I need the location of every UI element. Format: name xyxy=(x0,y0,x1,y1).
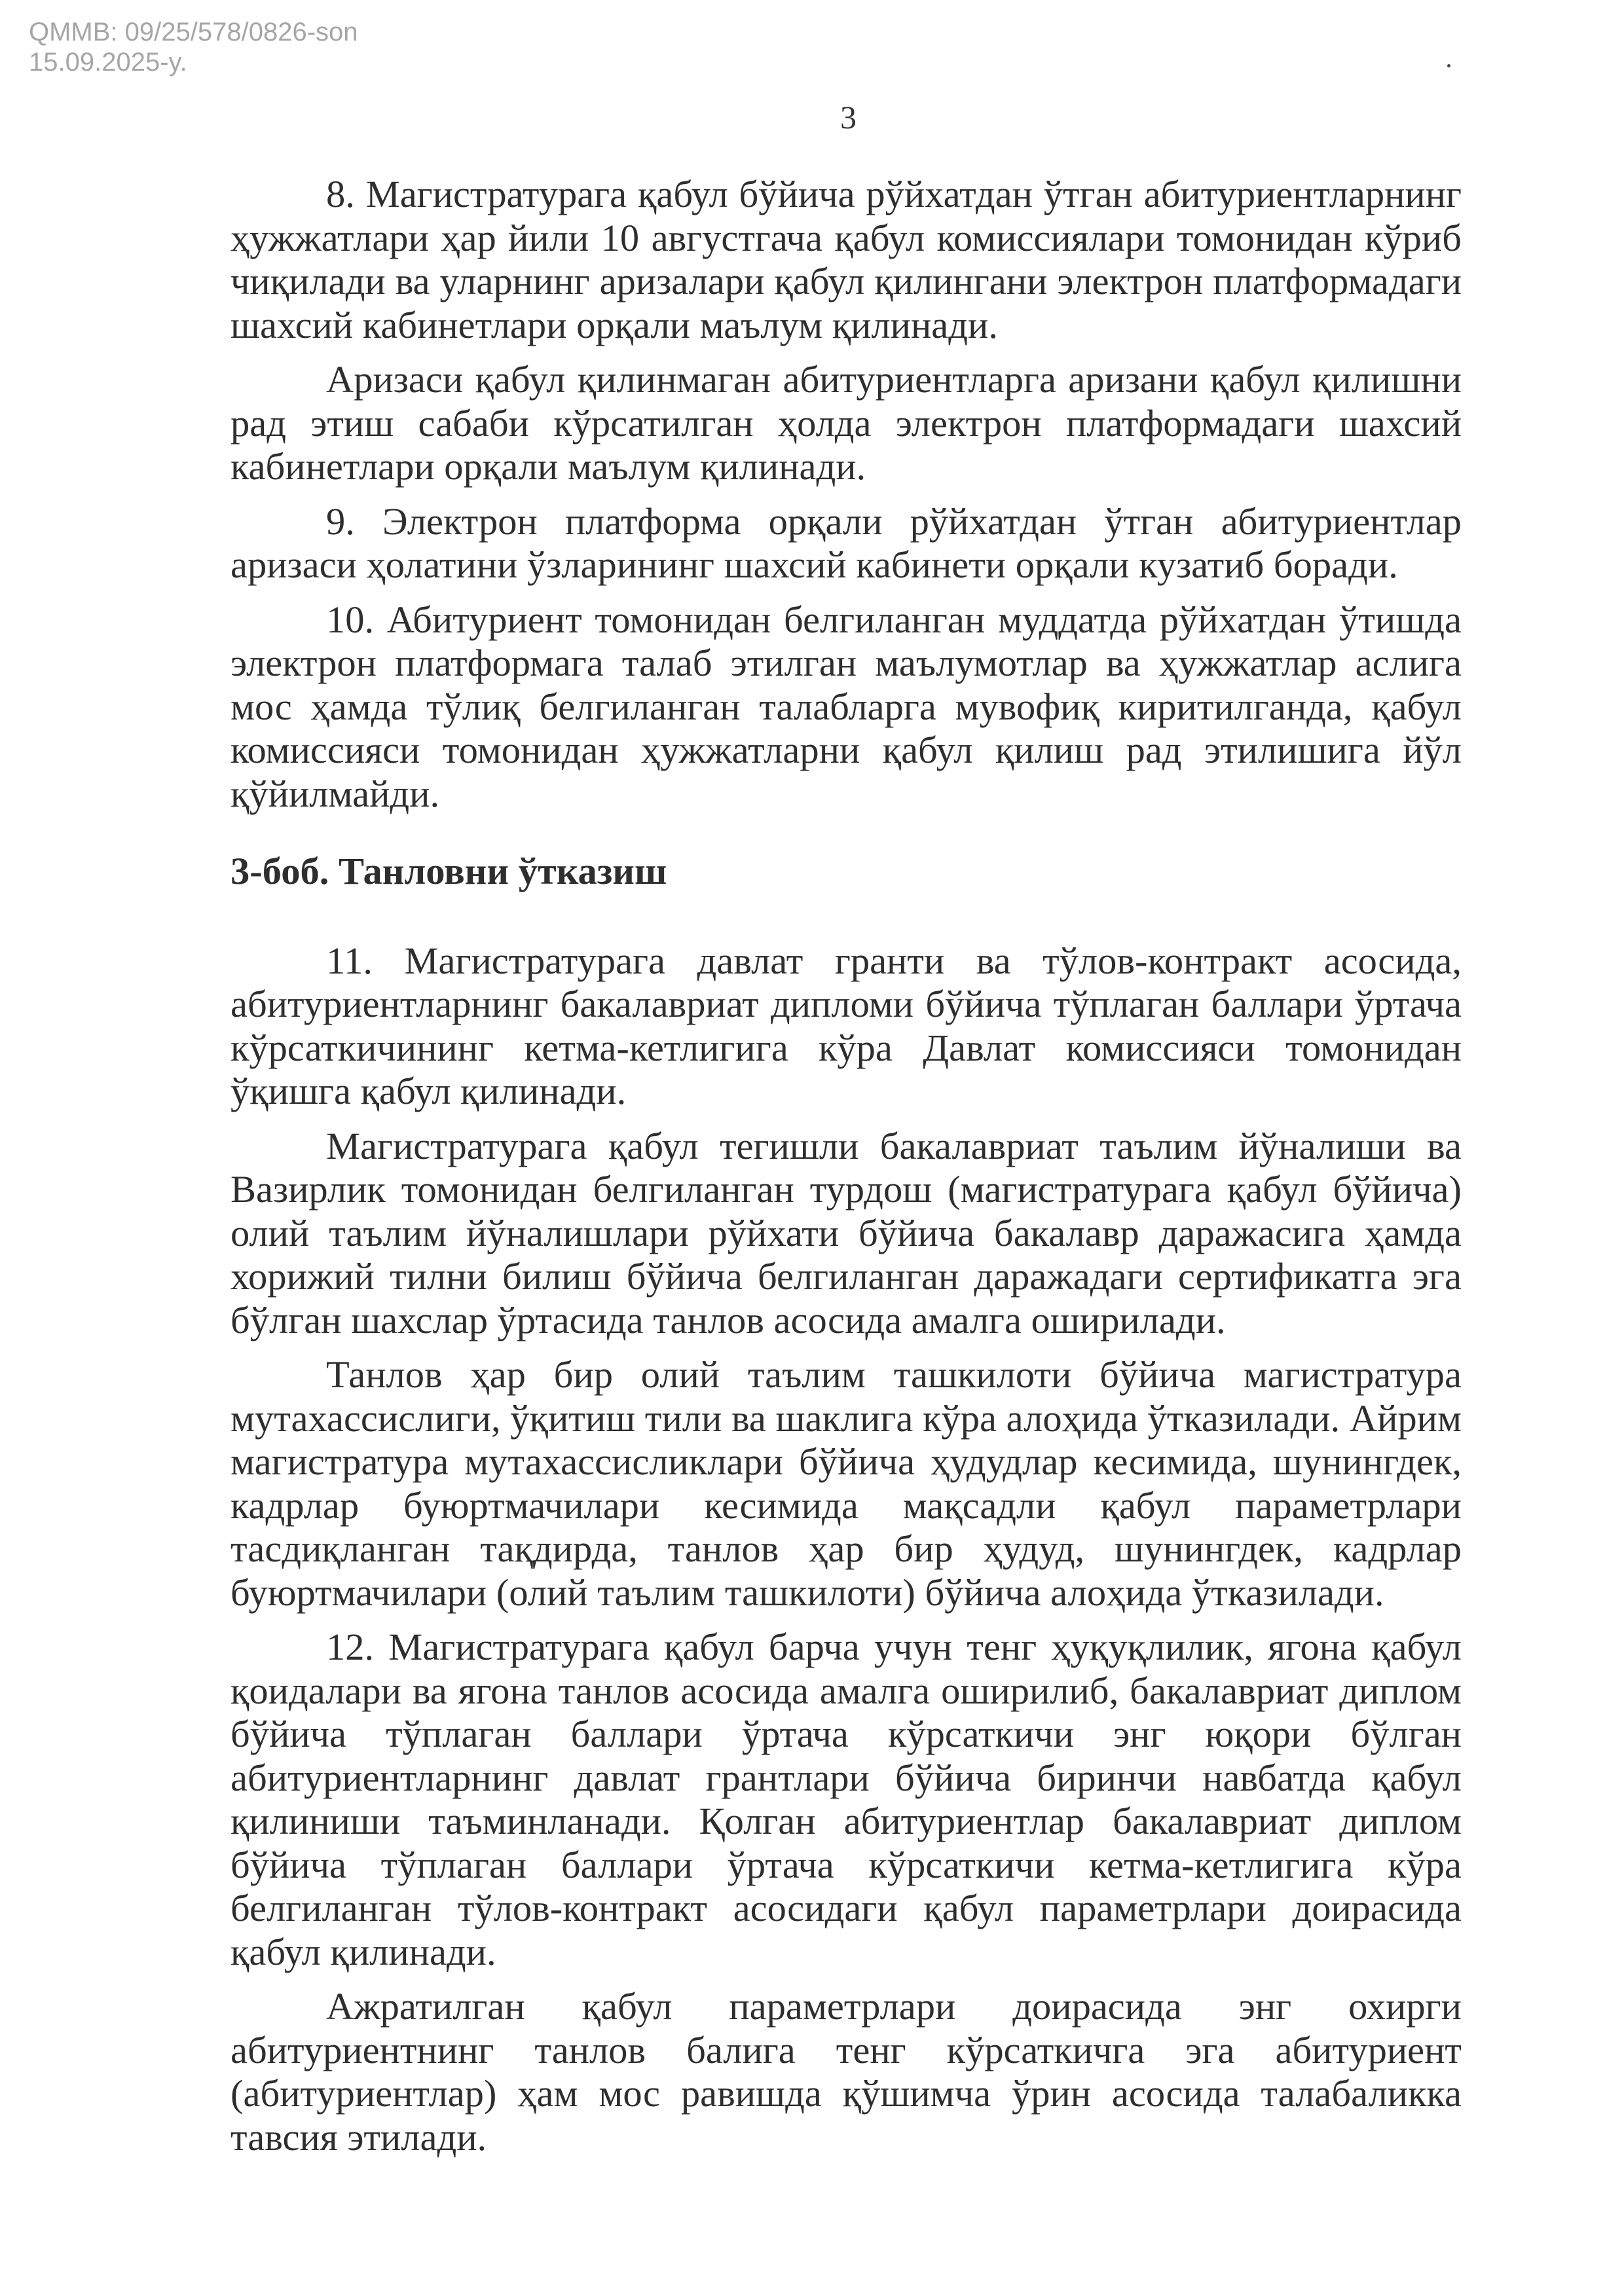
paragraph-12: 12. Магистратурага қабул барча учун тенг… xyxy=(231,1626,1462,1974)
chapter-heading: 3-боб. Танловни ўтказиш xyxy=(231,850,1462,894)
registration-number: QMMB: 09/25/578/0826-son xyxy=(29,17,358,47)
paragraph-8-rejection: Аризаси қабул қилинмаган абитуриентларга… xyxy=(231,358,1462,489)
paragraph-9: 9. Электрон платформа орқали рўйхатдан ў… xyxy=(231,500,1462,587)
page-number: 3 xyxy=(840,98,857,136)
paragraph-10: 10. Абитуриент томонидан белгиланган муд… xyxy=(231,598,1462,816)
paragraph-8: 8. Магистратурага қабул бўйича рўйхатдан… xyxy=(231,173,1462,347)
document-body: 8. Магистратурага қабул бўйича рўйхатдан… xyxy=(231,173,1462,2170)
paragraph-11-competition: Танлов ҳар бир олий таълим ташкилоти бўй… xyxy=(231,1353,1462,1614)
registration-date: 15.09.2025-y. xyxy=(29,47,358,77)
paragraph-11: 11. Магистратурага давлат гранти ва тўло… xyxy=(231,939,1462,1114)
paragraph-11-admission-basis: Магистратурага қабул тегишли бакалавриат… xyxy=(231,1125,1462,1343)
scan-speck xyxy=(1447,64,1450,67)
paragraph-12-additional-place: Ажратилган қабул параметрлари доирасида … xyxy=(231,1985,1462,2159)
registration-stamp: QMMB: 09/25/578/0826-son 15.09.2025-y. xyxy=(29,17,358,77)
